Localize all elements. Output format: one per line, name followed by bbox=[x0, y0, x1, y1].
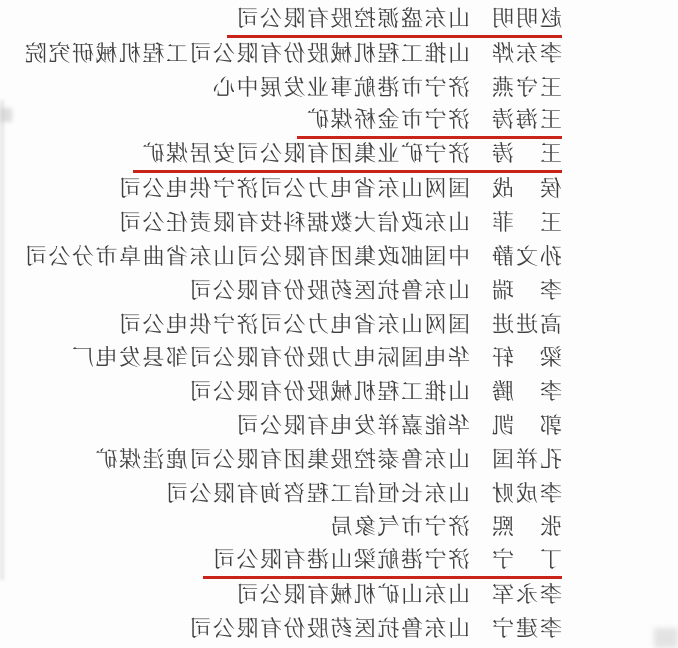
entry: 李 瑞山东鲁抗医药股份有限公司 bbox=[180, 274, 562, 307]
company-name: 山东山矿机械有限公司 bbox=[235, 578, 470, 609]
entry: 张 熙济宁市气象局 bbox=[321, 510, 562, 543]
person-name: 赵明明 bbox=[482, 2, 562, 33]
person-name: 侯 战 bbox=[482, 172, 562, 203]
person-name: 王海涛 bbox=[482, 103, 562, 134]
person-name: 李 瑞 bbox=[482, 274, 562, 305]
entry-red-underlined: 丁 宁济宁港航梁山港有限公司 bbox=[203, 543, 562, 579]
company-name: 山东政信大数据科技有限责任公司 bbox=[117, 206, 470, 237]
person-name: 丁 宁 bbox=[482, 543, 562, 574]
company-name: 国网山东省电力公司济宁供电公司 bbox=[117, 172, 470, 203]
person-name: 王 涛 bbox=[482, 137, 562, 168]
entry: 高进进国网山东省电力公司济宁供电公司 bbox=[109, 308, 562, 341]
company-name: 山推工程机械股份有限公司 bbox=[188, 375, 470, 406]
entry: 侯 战国网山东省电力公司济宁供电公司 bbox=[109, 172, 562, 205]
person-name: 张 熙 bbox=[482, 510, 562, 541]
company-name: 济宁市港航事业发展中心 bbox=[211, 71, 470, 102]
list-row: 王 菲山东政信大数据科技有限责任公司 bbox=[0, 206, 678, 240]
list-row: 李东烨山推工程机械股份有限公司工程机械研究院 bbox=[0, 37, 678, 71]
person-name: 孔祥国 bbox=[482, 443, 562, 474]
entry: 李永军山东山矿机械有限公司 bbox=[227, 578, 562, 611]
list-row: 王 涛济宁矿业集团有限公司安居煤矿 bbox=[0, 138, 678, 172]
entry-red-underlined: 王 涛济宁矿业集团有限公司安居煤矿 bbox=[133, 137, 562, 173]
person-name: 王守燕 bbox=[482, 71, 562, 102]
entry: 孙文静中国邮政集团有限公司山东省曲阜市分公司 bbox=[15, 240, 562, 273]
list-row: 李 腾山推工程机械股份有限公司 bbox=[0, 375, 678, 409]
company-name: 山东鲁抗医药股份有限公司 bbox=[188, 274, 470, 305]
company-name: 山东鲁泰控股集团有限公司鹿洼煤矿 bbox=[94, 443, 470, 474]
person-name: 李成财 bbox=[482, 477, 562, 508]
person-name: 李 腾 bbox=[482, 375, 562, 406]
list-row: 李永军山东山矿机械有限公司 bbox=[0, 578, 678, 612]
entry: 王 菲山东政信大数据科技有限责任公司 bbox=[109, 206, 562, 239]
entry: 梁 轩华电国际电力股份有限公司邹县发电厂 bbox=[62, 341, 562, 374]
list-row: 王海涛济宁市金桥煤矿 bbox=[0, 104, 678, 138]
list-row: 高进进国网山东省电力公司济宁供电公司 bbox=[0, 307, 678, 341]
company-name: 济宁矿业集团有限公司安居煤矿 bbox=[141, 137, 470, 168]
person-name: 高进进 bbox=[482, 308, 562, 339]
person-name: 孙文静 bbox=[482, 240, 562, 271]
company-name: 山东长恒信工程咨询有限公司 bbox=[164, 477, 470, 508]
person-name: 梁 轩 bbox=[482, 341, 562, 372]
person-name: 郭 凯 bbox=[482, 409, 562, 440]
entry-red-underlined: 赵明明山东盛源控股有限公司 bbox=[227, 2, 562, 38]
entry: 郭 凯华能嘉祥发电有限公司 bbox=[227, 409, 562, 442]
company-name: 山东盛源控股有限公司 bbox=[235, 2, 470, 33]
person-name: 王 菲 bbox=[482, 206, 562, 237]
company-name: 山推工程机械股份有限公司工程机械研究院 bbox=[23, 37, 470, 68]
entry: 孔祥国山东鲁泰控股集团有限公司鹿洼煤矿 bbox=[86, 443, 562, 476]
person-name: 李永军 bbox=[482, 578, 562, 609]
company-name: 济宁市气象局 bbox=[329, 510, 470, 541]
company-name: 华能嘉祥发电有限公司 bbox=[235, 409, 470, 440]
entry: 李东烨山推工程机械股份有限公司工程机械研究院 bbox=[15, 37, 562, 70]
company-name: 中国邮政集团有限公司山东省曲阜市分公司 bbox=[23, 240, 470, 271]
entry: 王守燕济宁市港航事业发展中心 bbox=[203, 71, 562, 104]
company-name: 山东鲁抗医药股份有限公司 bbox=[188, 612, 470, 643]
person-name: 李东烨 bbox=[482, 37, 562, 68]
entry: 李成财山东长恒信工程咨询有限公司 bbox=[156, 477, 562, 510]
list-row: 侯 战国网山东省电力公司济宁供电公司 bbox=[0, 172, 678, 206]
company-name: 国网山东省电力公司济宁供电公司 bbox=[117, 308, 470, 339]
list-row: 李 瑞山东鲁抗医药股份有限公司 bbox=[0, 273, 678, 307]
list-row: 孙文静中国邮政集团有限公司山东省曲阜市分公司 bbox=[0, 240, 678, 274]
company-name: 济宁港航梁山港有限公司 bbox=[211, 543, 470, 574]
entry: 李建宁山东鲁抗医药股份有限公司 bbox=[180, 612, 562, 645]
list-row: 丁 宁济宁港航梁山港有限公司 bbox=[0, 544, 678, 578]
company-name: 济宁市金桥煤矿 bbox=[305, 103, 470, 134]
list-row: 李成财山东长恒信工程咨询有限公司 bbox=[0, 476, 678, 510]
person-name: 李建宁 bbox=[482, 612, 562, 643]
scanned-document-page: 赵明明山东盛源控股有限公司李东烨山推工程机械股份有限公司工程机械研究院王守燕济宁… bbox=[0, 0, 678, 648]
entry: 李 腾山推工程机械股份有限公司 bbox=[180, 375, 562, 408]
list-row: 孔祥国山东鲁泰控股集团有限公司鹿洼煤矿 bbox=[0, 442, 678, 476]
company-name: 华电国际电力股份有限公司邹县发电厂 bbox=[70, 341, 470, 372]
list-row: 张 熙济宁市气象局 bbox=[0, 510, 678, 544]
list-row: 梁 轩华电国际电力股份有限公司邹县发电厂 bbox=[0, 341, 678, 375]
mirrored-name-list: 赵明明山东盛源控股有限公司李东烨山推工程机械股份有限公司工程机械研究院王守燕济宁… bbox=[0, 0, 678, 648]
entry-red-underlined: 王海涛济宁市金桥煤矿 bbox=[297, 103, 562, 139]
list-row: 王守燕济宁市港航事业发展中心 bbox=[0, 71, 678, 105]
list-row: 李建宁山东鲁抗医药股份有限公司 bbox=[0, 611, 678, 645]
list-row: 郭 凯华能嘉祥发电有限公司 bbox=[0, 409, 678, 443]
list-row: 赵明明山东盛源控股有限公司 bbox=[0, 3, 678, 37]
